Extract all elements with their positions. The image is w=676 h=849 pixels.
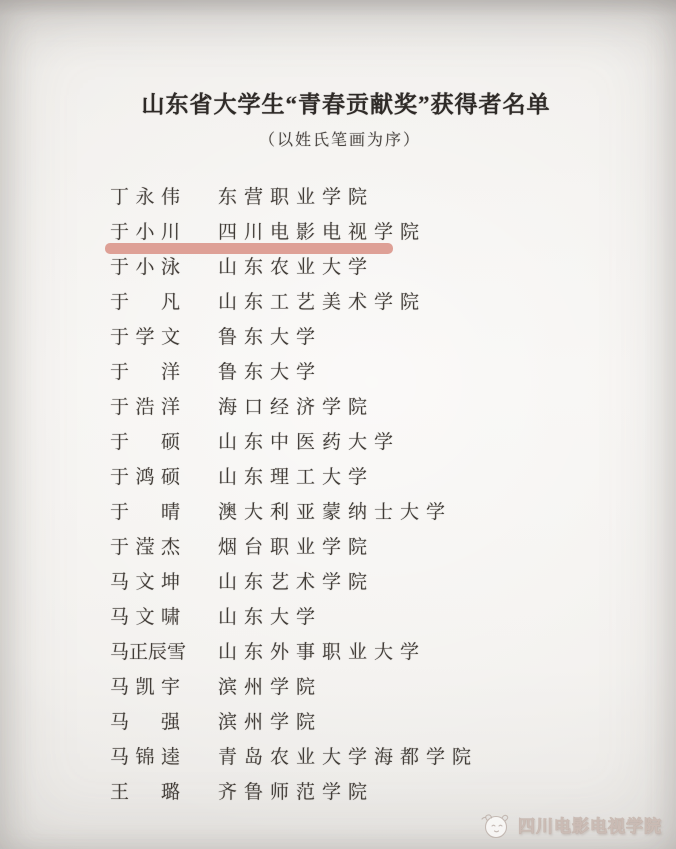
awardee-institution: 山东工艺美术学院 xyxy=(218,287,426,314)
awardee-institution: 滨州学院 xyxy=(218,672,322,699)
award-list-row: 于 晴 澳大利亚蒙纳士大学 xyxy=(110,493,676,528)
award-list-row: 王 璐 齐鲁师范学院 xyxy=(110,773,676,808)
awardee-name: 于 洋 xyxy=(110,357,180,384)
award-list-row: 于滢杰 烟台职业学院 xyxy=(110,528,676,563)
award-list-row: 于学文 鲁东大学 xyxy=(110,318,676,353)
award-list-row: 马 强 滨州学院 xyxy=(110,703,676,738)
award-list-row: 于小川 四川电影电视学院 xyxy=(110,213,676,248)
awardee-name: 于 凡 xyxy=(110,287,180,314)
awardee-name: 马文坤 xyxy=(110,567,180,594)
awardee-institution: 东营职业学院 xyxy=(218,182,374,209)
awardee-name: 于小泳 xyxy=(110,252,180,279)
awardee-institution: 山东理工大学 xyxy=(218,462,374,489)
award-list-row: 马文坤 山东艺术学院 xyxy=(110,563,676,598)
awardee-name: 丁永伟 xyxy=(110,182,180,209)
awardee-name: 于小川 xyxy=(110,217,180,244)
school-watermark: 四川电影电视学院 xyxy=(478,807,662,841)
awardee-name: 马文啸 xyxy=(110,602,180,629)
award-list-row: 于小泳 山东农业大学 xyxy=(110,248,676,283)
award-list-row: 马凯宇 滨州学院 xyxy=(110,668,676,703)
award-list-row: 于鸿硕 山东理工大学 xyxy=(110,458,676,493)
awardee-institution: 滨州学院 xyxy=(218,707,322,734)
awardee-institution: 山东外事职业大学 xyxy=(218,637,426,664)
awardee-institution: 鲁东大学 xyxy=(218,357,322,384)
awardee-name: 于 硕 xyxy=(110,427,180,454)
awardee-name: 于浩洋 xyxy=(110,392,180,419)
awardee-institution: 山东中医药大学 xyxy=(218,427,400,454)
award-list-row: 丁永伟 东营职业学院 xyxy=(110,178,676,213)
awardee-institution: 山东大学 xyxy=(218,602,322,629)
award-list: 丁永伟 东营职业学院 于小川 四川电影电视学院 于小泳 山东农业大学 于 凡 山… xyxy=(110,178,676,808)
awardee-institution: 青岛农业大学海都学院 xyxy=(218,742,478,769)
school-watermark-label: 四川电影电视学院 xyxy=(518,812,662,837)
awardee-institution: 山东艺术学院 xyxy=(218,567,374,594)
award-list-row: 于 硕 山东中医药大学 xyxy=(110,423,676,458)
awardee-institution: 齐鲁师范学院 xyxy=(218,777,374,804)
award-list-row: 马正辰雪 山东外事职业大学 xyxy=(110,633,676,668)
awardee-name: 马 强 xyxy=(110,707,180,734)
school-mascot-icon xyxy=(478,807,512,841)
award-list-row: 于 凡 山东工艺美术学院 xyxy=(110,283,676,318)
awardee-name: 于滢杰 xyxy=(110,532,180,559)
awardee-institution: 澳大利亚蒙纳士大学 xyxy=(218,497,452,524)
awardee-name: 于 晴 xyxy=(110,497,180,524)
awardee-name: 马凯宇 xyxy=(110,672,180,699)
awardee-name: 王 璐 xyxy=(110,777,180,804)
document-subtitle: （以姓氏笔画为序） xyxy=(0,127,676,150)
awardee-name: 马锦逵 xyxy=(110,742,180,769)
award-document: 山东省大学生“青春贡献奖”获得者名单 （以姓氏笔画为序） 丁永伟 东营职业学院 … xyxy=(0,0,676,849)
awardee-name: 于学文 xyxy=(110,322,180,349)
awardee-institution: 鲁东大学 xyxy=(218,322,322,349)
awardee-institution: 烟台职业学院 xyxy=(218,532,374,559)
awardee-name: 于鸿硕 xyxy=(110,462,180,489)
awardee-institution: 山东农业大学 xyxy=(218,252,374,279)
award-list-row: 马锦逵 青岛农业大学海都学院 xyxy=(110,738,676,773)
awardee-institution: 海口经济学院 xyxy=(218,392,374,419)
award-list-row: 马文啸 山东大学 xyxy=(110,598,676,633)
award-list-row: 于浩洋 海口经济学院 xyxy=(110,388,676,423)
document-title: 山东省大学生“青春贡献奖”获得者名单 xyxy=(0,86,676,119)
award-list-row: 于 洋 鲁东大学 xyxy=(110,353,676,388)
awardee-name: 马正辰雪 xyxy=(110,637,180,664)
awardee-institution: 四川电影电视学院 xyxy=(218,217,426,244)
